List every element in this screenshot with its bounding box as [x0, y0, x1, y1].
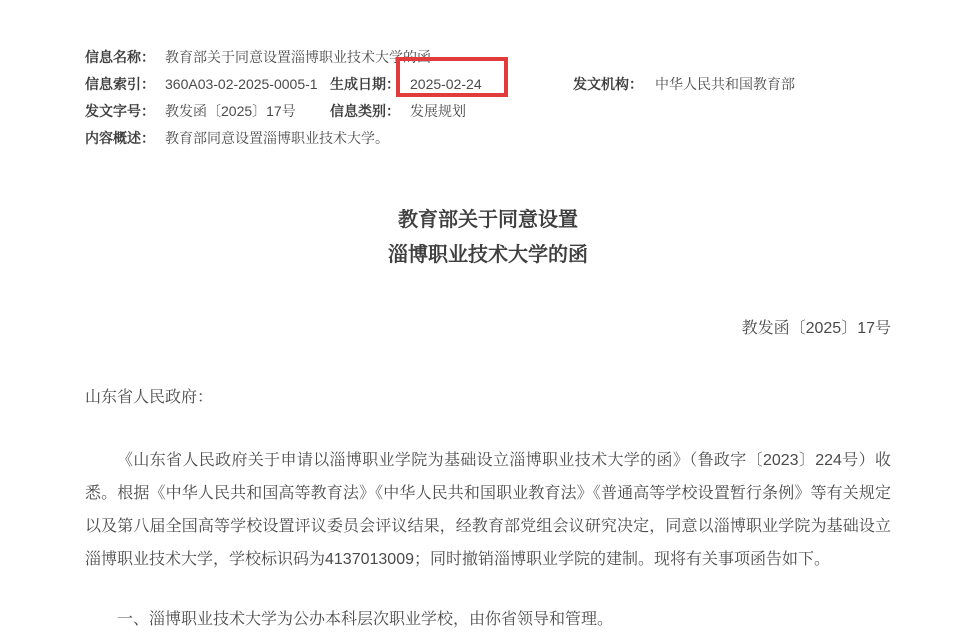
generate-date-value: 2025-02-24	[410, 71, 482, 98]
letter-title: 教育部关于同意设置 淄博职业技术大学的函	[85, 203, 891, 273]
info-name-label: 信息名称：	[85, 44, 155, 71]
summary-label: 内容概述：	[85, 125, 155, 152]
info-index-label: 信息索引：	[85, 71, 155, 98]
letter-doc-number: 教发函〔2025〕17号	[85, 315, 891, 338]
letter-item-1: 一、淄博职业技术大学为公办本科层次职业学校，由你省领导和管理。	[85, 603, 891, 636]
issuing-agency-label: 发文机构：	[573, 71, 643, 98]
letter-title-line1: 教育部关于同意设置	[85, 203, 891, 238]
doc-number-label: 发文字号：	[85, 98, 155, 125]
issuing-agency-value: 中华人民共和国教育部	[655, 71, 795, 98]
document-page: 信息名称： 教育部关于同意设置淄博职业技术大学的函 信息索引： 360A03-0…	[0, 0, 971, 642]
metadata-row-index-date-agency: 信息索引： 360A03-02-2025-0005-1 生成日期： 2025-0…	[85, 71, 905, 98]
letter-title-line2: 淄博职业技术大学的函	[85, 238, 891, 273]
info-name-value: 教育部关于同意设置淄博职业技术大学的函	[165, 44, 431, 71]
letter-salutation: 山东省人民政府：	[85, 384, 213, 407]
metadata-row-name: 信息名称： 教育部关于同意设置淄博职业技术大学的函	[85, 44, 905, 71]
info-category-value: 发展规划	[410, 98, 466, 125]
info-index-value: 360A03-02-2025-0005-1	[165, 71, 318, 98]
metadata-row-docno-category: 发文字号： 教发函〔2025〕17号 信息类别： 发展规划	[85, 98, 905, 125]
doc-number-value: 教发函〔2025〕17号	[165, 98, 296, 125]
metadata-row-summary: 内容概述： 教育部同意设置淄博职业技术大学。	[85, 125, 905, 152]
letter-paragraph-1: 《山东省人民政府关于申请以淄博职业学院为基础设立淄博职业技术大学的函》（鲁政字〔…	[85, 444, 891, 576]
info-category-label: 信息类别：	[330, 98, 400, 125]
generate-date-label: 生成日期：	[330, 71, 400, 98]
summary-value: 教育部同意设置淄博职业技术大学。	[165, 125, 389, 152]
metadata-block: 信息名称： 教育部关于同意设置淄博职业技术大学的函 信息索引： 360A03-0…	[85, 44, 905, 152]
